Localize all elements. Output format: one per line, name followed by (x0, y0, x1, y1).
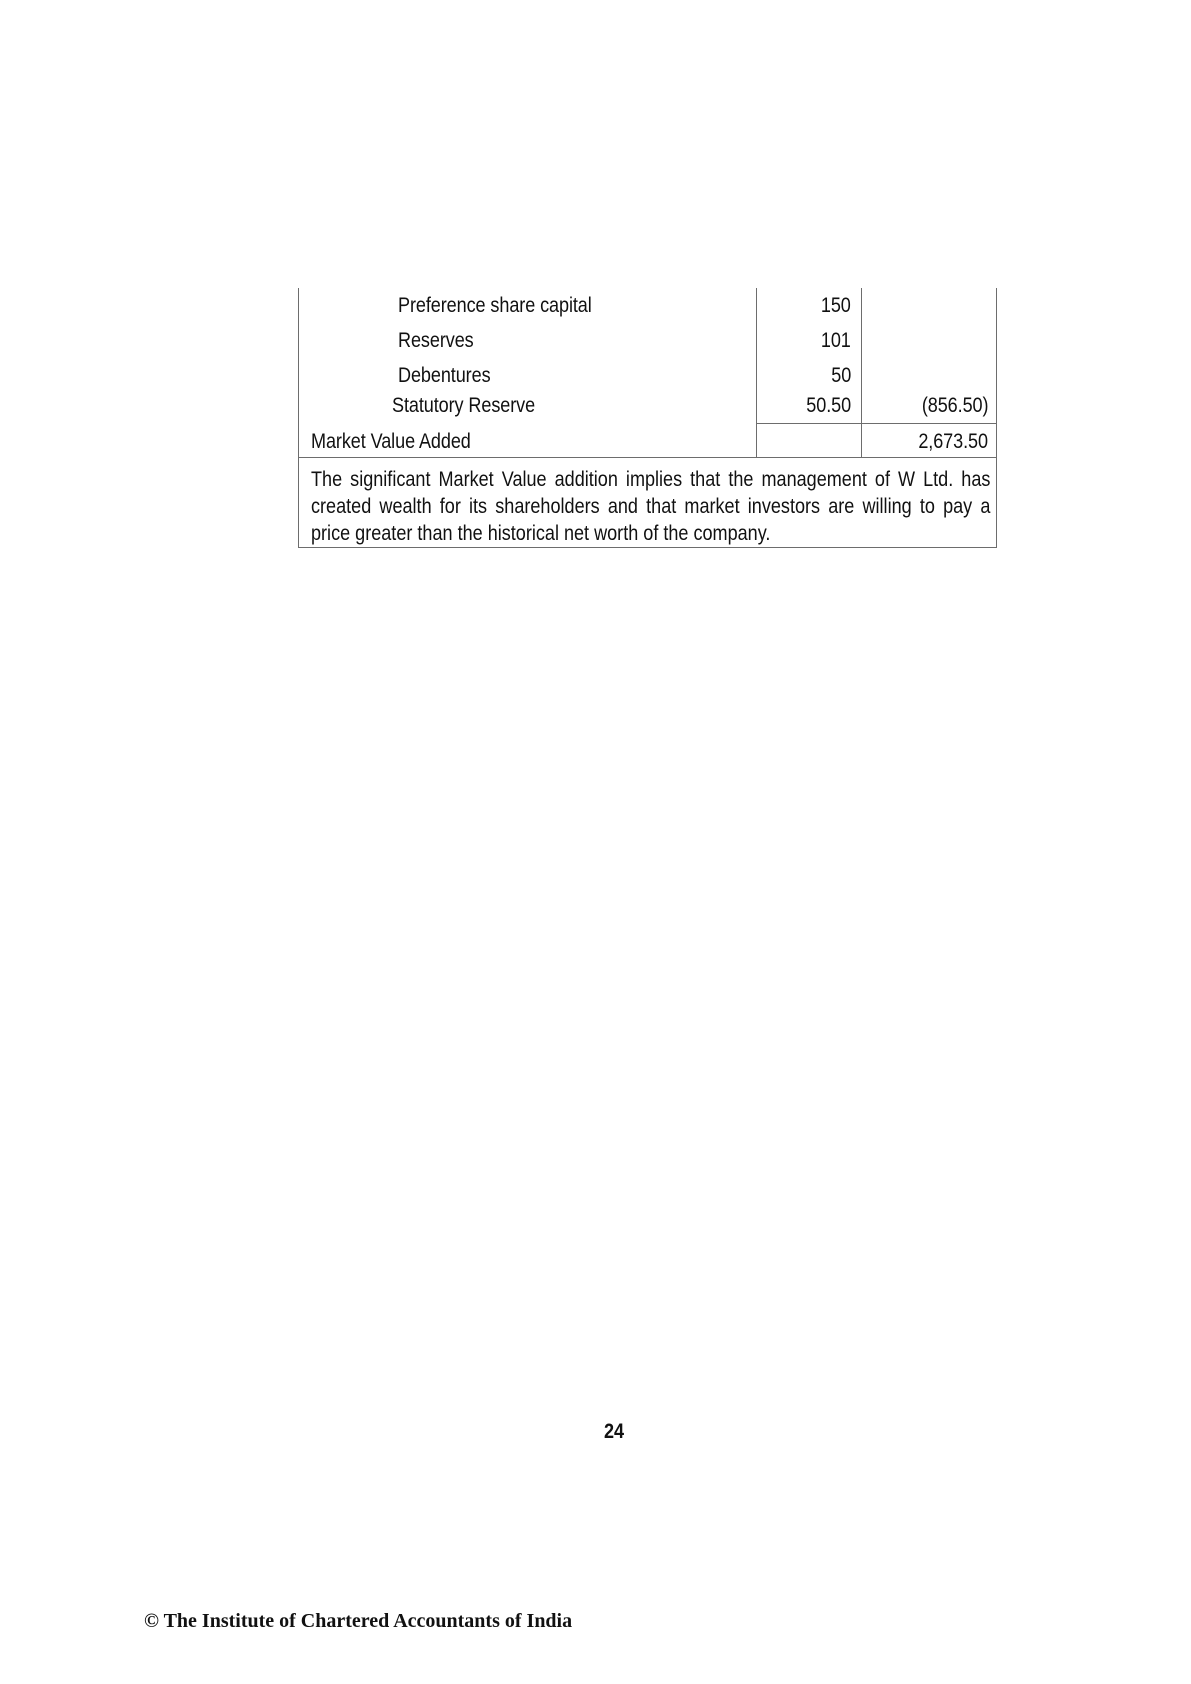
row-value-reserves: 101 (821, 329, 851, 353)
table-col-divider-1 (756, 288, 757, 458)
conclusion-line-1: The significant Market Value addition im… (311, 466, 990, 493)
table-col-divider-2 (861, 288, 862, 458)
conclusion-line-3: price greater than the historical net wo… (311, 520, 990, 547)
table-right-border (996, 288, 997, 548)
table-bottom-border (298, 547, 997, 548)
conclusion-line-2: created wealth for its shareholders and … (311, 493, 990, 520)
row-value-preference-share-capital: 150 (821, 294, 851, 318)
copyright-footer: © The Institute of Chartered Accountants… (144, 1610, 572, 1633)
row-value-debentures: 50 (831, 364, 851, 388)
row-total-deductions: (856.50) (921, 394, 988, 418)
table-left-border (298, 288, 299, 548)
market-value-added-label: Market Value Added (311, 430, 471, 454)
total-row-bottom-rule (298, 457, 997, 458)
document-page: Preference share capital 150 Reserves 10… (0, 0, 1191, 1684)
conclusion-paragraph: The significant Market Value addition im… (311, 466, 991, 547)
row-label-statutory-reserve: Statutory Reserve (392, 394, 535, 418)
row-label-preference-share-capital: Preference share capital (398, 294, 592, 318)
row-label-reserves: Reserves (398, 329, 474, 353)
row-label-debentures: Debentures (398, 364, 491, 388)
subtotal-rule (756, 423, 997, 424)
market-value-added-value: 2,673.50 (918, 430, 988, 454)
row-value-statutory-reserve: 50.50 (806, 394, 851, 418)
page-number: 24 (604, 1420, 624, 1444)
